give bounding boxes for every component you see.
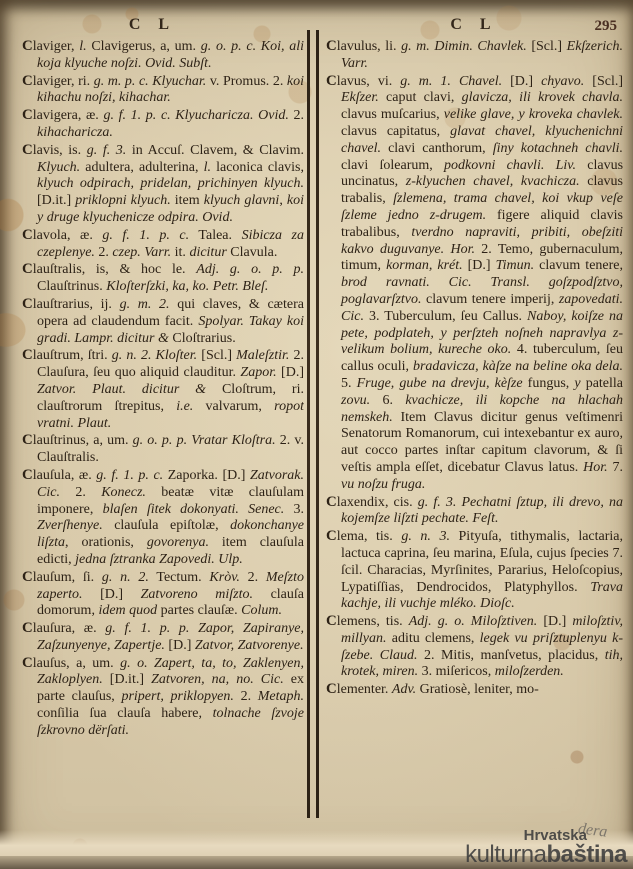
dictionary-entry: Clauſtrum, ſtri. g. n. 2. Kloſter. [Scl.… <box>22 347 304 432</box>
dictionary-entry: Clema, tis. g. n. 3. Pityuſa, tithymalis… <box>326 528 623 613</box>
watermark-line2: kulturnabaština <box>465 843 627 867</box>
text-column-right: Clavulus, li. g. m. Dimin. Chavlek. [Scl… <box>326 38 623 699</box>
book-page: C L C L 295 Claviger, l. Clavigerus, a, … <box>0 0 633 869</box>
dictionary-entry: Clavus, vi. g. m. 1. Chavel. [D.] chyavo… <box>326 73 623 494</box>
dictionary-entry: Clauſus, a, um. g. o. Zapert, ta, to, Za… <box>22 655 304 740</box>
dictionary-entry: Clavola, æ. g. f. 1. p. c. Talea. Sibicz… <box>22 227 304 262</box>
watermark-bold-part: baština <box>546 841 627 868</box>
column-divider-rule <box>307 30 319 818</box>
dictionary-entry: Clavis, is. g. f. 3. in Accuſ. Clavem, &… <box>22 142 304 227</box>
dictionary-entry: Claxendix, cis. g. f. 3. Pechatni ſztup,… <box>326 494 623 529</box>
digitization-watermark: Hrvatska kulturnabaština <box>465 828 627 867</box>
dictionary-entry: Clavigera, æ. g. f. 1. p. c. Klyucharicz… <box>22 107 304 142</box>
running-header-right: C L <box>324 16 624 34</box>
dictionary-entry: Clauſtralis, is, & hoc le. Adj. g. o. p.… <box>22 261 304 296</box>
dictionary-entry: Clauſtrarius, ij. g. m. 2. qui claves, &… <box>22 296 304 347</box>
dictionary-entry: Clavulus, li. g. m. Dimin. Chavlek. [Scl… <box>326 38 623 73</box>
dictionary-entry: Claviger, ri. g. m. p. c. Klyuchar. v. P… <box>22 73 304 108</box>
dictionary-entry: Clauſtrinus, a, um. g. o. p. p. Vratar K… <box>22 432 304 467</box>
running-header-left: C L <box>0 16 305 34</box>
dictionary-entry: Claviger, l. Clavigerus, a, um. g. o. p.… <box>22 38 304 73</box>
divider-rule-2 <box>316 30 319 818</box>
dictionary-entry: Clauſura, æ. g. f. 1. p. p. Zapor, Zapir… <box>22 620 304 655</box>
dictionary-entry: Clauſum, ſi. g. n. 2. Tectum. Kròv. 2. M… <box>22 569 304 620</box>
text-column-left: Claviger, l. Clavigerus, a, um. g. o. p.… <box>22 38 304 740</box>
dictionary-entry: Clemens, tis. Adj. g. o. Miloſztiven. [D… <box>326 613 623 681</box>
watermark-regular-part: kulturna <box>465 841 546 868</box>
page-number: 295 <box>595 18 618 35</box>
dictionary-entry: Clementer. Adv. Gratiosè, leniter, mo- <box>326 681 623 699</box>
divider-rule-1 <box>307 30 310 818</box>
dictionary-entry: Clauſula, æ. g. f. 1. p. c. Zaporka. [D.… <box>22 467 304 569</box>
